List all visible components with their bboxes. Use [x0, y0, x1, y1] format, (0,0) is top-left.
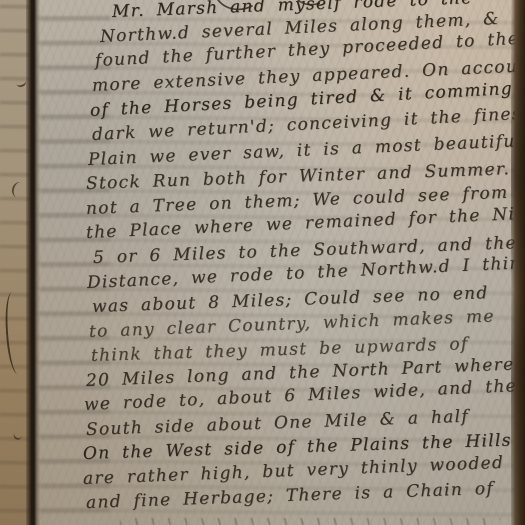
book-edge-right: [511, 0, 525, 525]
manuscript-text: Mr. Marsh and myself rode to the Northw.…: [0, 0, 525, 525]
book-edge-shading: [511, 0, 525, 525]
journal-photo: Mr. Marsh and myself rode to the Northw.…: [0, 0, 525, 525]
cutoff-line-strokes: [120, 518, 500, 525]
binding-gutter-shadow: [26, 0, 40, 525]
manuscript-page: Mr. Marsh and myself rode to the Northw.…: [0, 0, 525, 525]
